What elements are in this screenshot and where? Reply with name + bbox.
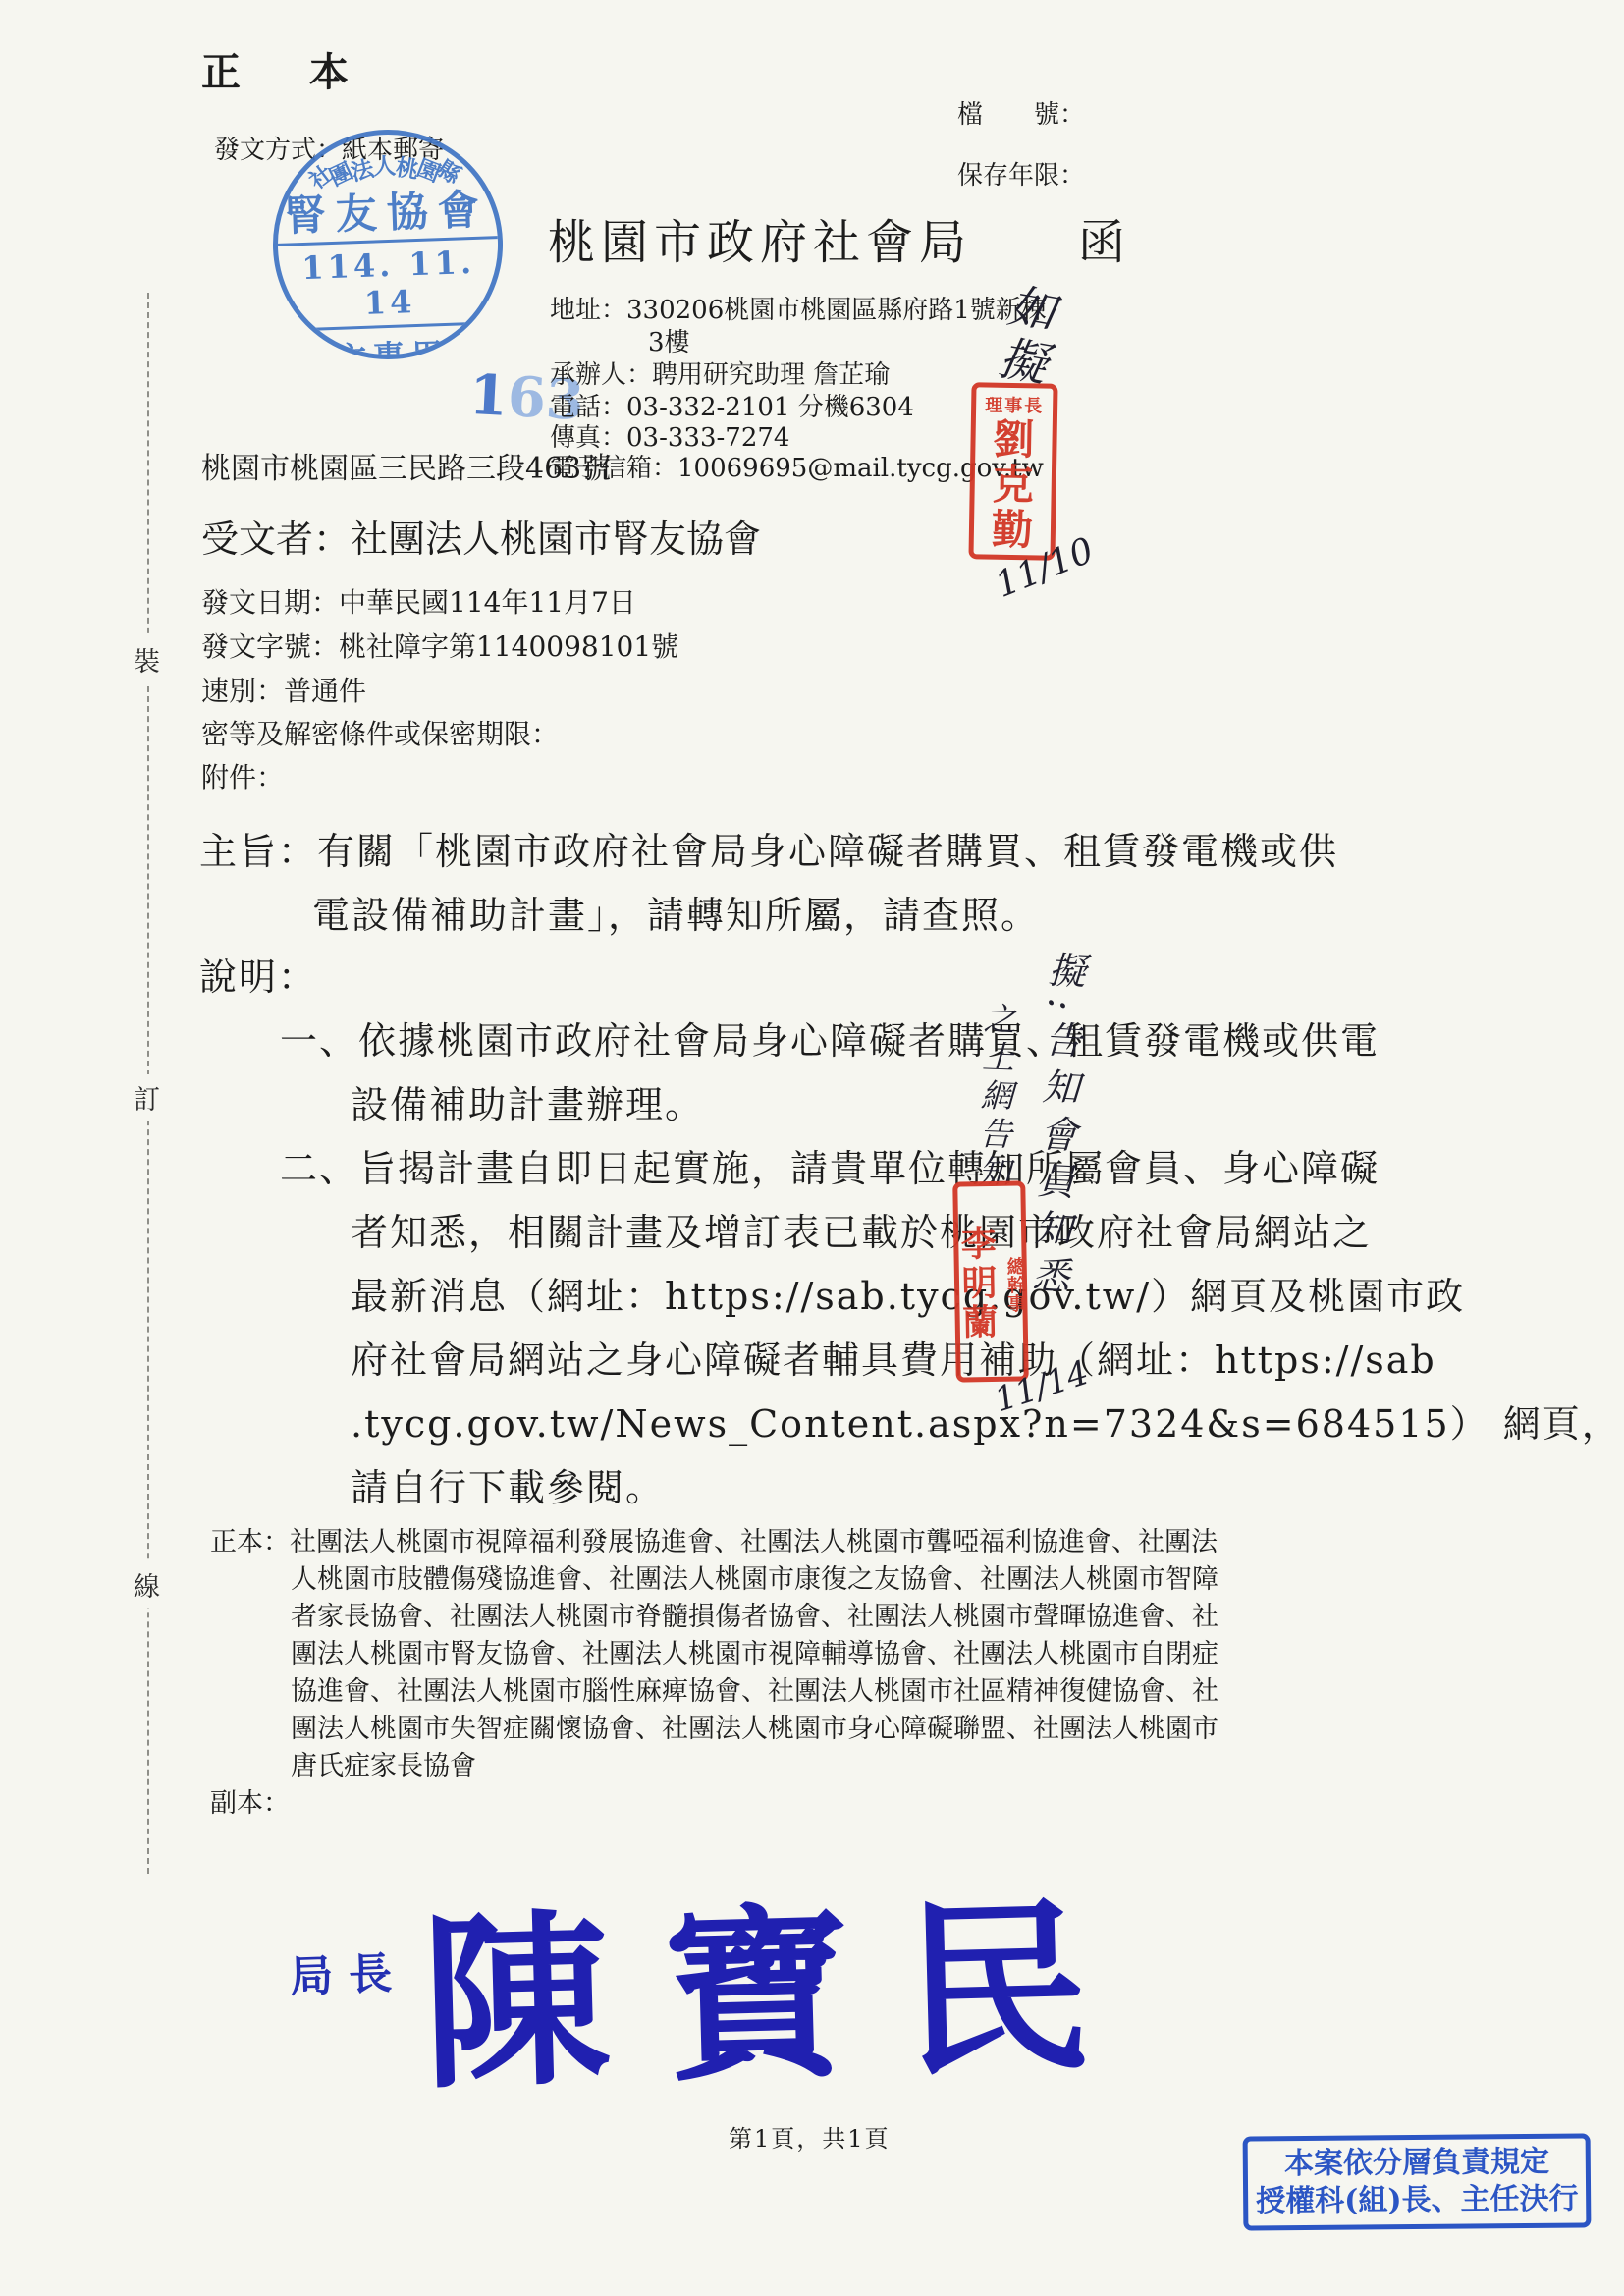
- recipient-name: 受文者：社團法人桃園市腎友協會: [201, 509, 761, 563]
- binding-mark-ding: 訂: [132, 1074, 162, 1121]
- original-copy-line-7: 唐氏症家長協會: [291, 1748, 476, 1785]
- item2-line-4: 府社會局網站之身心障礙者輔具費用補助（網址：https://sab: [351, 1329, 1436, 1393]
- page-number: 第1頁，共1頁: [729, 2119, 891, 2154]
- copy-type-label: 正 本: [201, 41, 376, 97]
- item2-line-3: 最新消息（網址：https://sab.tycg.gov.tw/）網頁及桃園市政: [351, 1265, 1465, 1329]
- item1-line-2: 設備補助計畫辦理。: [351, 1073, 704, 1137]
- receive-stamp-label: 收文專用章: [281, 324, 503, 363]
- original-copy-line-3: 者家長協會、社團法人桃園市脊髓損傷者協會、社團法人桃園市聲暉協進會、社: [291, 1599, 1218, 1636]
- item1-line-1: 一、依據桃園市政府社會局身心障礙者購買、租賃發電機或供電: [280, 1010, 1380, 1073]
- chairman-stamp-name-char2: 克: [974, 462, 1052, 508]
- director-title: 局長: [289, 1938, 408, 2004]
- sender-address-line2: 3樓: [648, 327, 690, 359]
- original-copy-line-6: 團法人桃園市失智症關懷協會、社團法人桃園市身心障礙聯盟、社團法人桃園市: [291, 1711, 1218, 1748]
- file-number-label: 檔 號：: [957, 94, 1085, 131]
- security-class: 密等及解密條件或保密期限：: [201, 713, 559, 756]
- cc-label: 副本：: [210, 1785, 290, 1823]
- explanation-label: 說明：: [199, 946, 317, 1010]
- secretary-stamp-title: 總幹事: [1001, 1191, 1030, 1376]
- sender-contact-person: 承辦人：聘用研究助理 詹芷瑜: [550, 359, 890, 392]
- subject-line-2: 電設備補助計畫」，請轉知所屬，請查照。: [312, 884, 1040, 948]
- secretary-stamp-name: 李明蘭: [950, 1190, 1003, 1378]
- chairman-stamp: 理事長 劉 克 勤: [968, 382, 1057, 561]
- authority-delegation-stamp: 本案依分層負責規定 授權科(組)長、主任決行: [1243, 2133, 1592, 2230]
- secretary-stamp: 總幹事 李明蘭: [952, 1180, 1029, 1382]
- receive-stamp-org-name: 腎友協會: [276, 177, 498, 244]
- handwritten-plan-note-col2: 之上網告知: [969, 1001, 1022, 1194]
- chairman-stamp-title: 理事長: [976, 391, 1053, 417]
- speed-class: 速別：普通件: [201, 670, 366, 713]
- document-title: 桃園市政府社會局 函: [548, 204, 1131, 272]
- item2-line-2: 者知悉，相關計畫及增訂表已載於桃園市政府社會局網站之: [351, 1201, 1372, 1265]
- director-signature-stamp: 陳寶民: [419, 1836, 1148, 2123]
- authority-stamp-line-1: 本案依分層負責規定: [1256, 2144, 1579, 2184]
- original-copy-line-5: 協進會、社團法人桃園市腦性麻痺協會、社團法人桃園市社區精神復健協會、社: [291, 1673, 1218, 1711]
- item2-line-1: 二、旨揭計畫自即日起實施，請貴單位轉知所屬會員、身心障礙: [280, 1137, 1380, 1201]
- document-number: 發文字號：桃社障字第1140098101號: [201, 626, 678, 669]
- recipient-mail-address: 桃園市桃園區三民路三段463號: [201, 444, 611, 487]
- chairman-stamp-name-char3: 勤: [974, 507, 1052, 553]
- original-copy-line-4: 團法人桃園市腎友協會、社團法人桃園市視障輔導協會、社團法人桃園市自閉症: [291, 1636, 1218, 1673]
- binding-mark-zhuang: 裝: [132, 636, 162, 683]
- sender-phone: 電話：03-332-2101 分機6304: [550, 392, 914, 424]
- receive-stamp-date: 114. 11. 14: [278, 239, 501, 329]
- retention-label: 保存年限：: [957, 155, 1085, 191]
- item2-line-5: .tycg.gov.tw/News_Content.aspx?n=7324&s=…: [351, 1393, 1621, 1456]
- original-copy-line-2: 人桃園市肢體傷殘協進會、社團法人桃園市康復之友協會、社團法人桃園市智障: [291, 1561, 1218, 1599]
- receive-number-prefix: 1: [467, 362, 509, 429]
- attachment-label: 附件：: [201, 756, 284, 799]
- authority-stamp-line-2: 授權科(組)長、主任決行: [1256, 2181, 1579, 2221]
- binding-mark-xian: 線: [132, 1561, 162, 1608]
- sender-address-line1: 地址：330206桃園市桃園區縣府路1號新棟: [550, 295, 1047, 327]
- scanned-official-letter: 正 本 發文方式：紙本郵寄 檔 號： 保存年限： 桃園市政府社會局 函 社團法人…: [0, 0, 1624, 2296]
- item2-line-6: 請自行下載參閱。: [351, 1456, 665, 1520]
- original-copy-line-1: 正本：社團法人桃園市視障福利發展協進會、社團法人桃園市聾啞福利協進會、社團法: [210, 1524, 1218, 1561]
- issue-date: 發文日期：中華民國114年11月7日: [201, 581, 636, 625]
- subject-line-1: 主旨：有關「桃園市政府社會局身心障礙者購買、租賃發電機或供: [199, 820, 1338, 884]
- chairman-stamp-name-char1: 劉: [975, 416, 1053, 463]
